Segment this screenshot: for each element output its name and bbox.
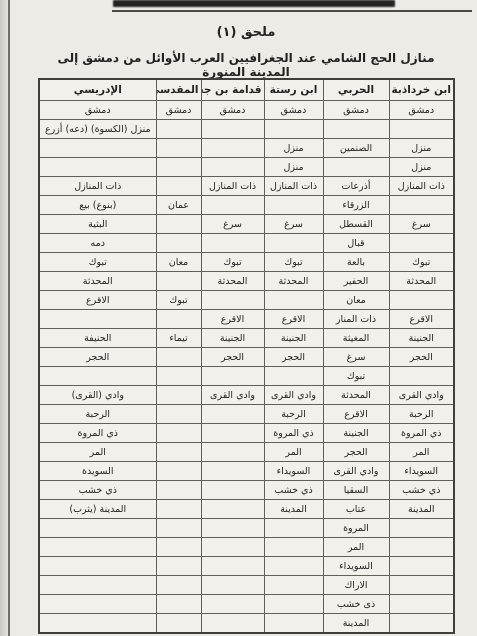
station-cell bbox=[201, 291, 264, 310]
station-cell: ذي المروة bbox=[264, 424, 323, 443]
station-cell: أذرعات bbox=[323, 177, 389, 196]
table-row: قبالدمه bbox=[39, 234, 454, 253]
station-cell: المحدثة bbox=[264, 272, 323, 291]
station-cell: المغيثة bbox=[323, 329, 389, 348]
table-row: الرحبةالاقرعالرحبةالرحبة bbox=[39, 405, 454, 424]
station-cell bbox=[264, 614, 323, 634]
station-cell: السويداء bbox=[389, 462, 454, 481]
station-cell: الجنينة bbox=[389, 329, 454, 348]
station-cell bbox=[201, 139, 264, 158]
station-cell: ذات المنازل bbox=[39, 177, 156, 196]
station-cell bbox=[39, 519, 156, 538]
table-row: الاقرعذات المنارالاقرعالاقرع bbox=[39, 310, 454, 329]
station-cell: (بنوع) بيع bbox=[39, 196, 156, 215]
cropped-running-header bbox=[113, 0, 395, 7]
station-cell: منزل bbox=[264, 139, 323, 158]
station-cell: دمشق bbox=[389, 101, 454, 120]
station-cell: سرغ bbox=[201, 215, 264, 234]
station-cell: المحدثة bbox=[323, 386, 389, 405]
station-cell bbox=[156, 177, 201, 196]
table-row: منزل (الكسوة) (دعه) أزرع bbox=[39, 120, 454, 139]
station-cell: تبوك bbox=[323, 367, 389, 386]
table-row: تبوك bbox=[39, 367, 454, 386]
station-cell: المر bbox=[264, 443, 323, 462]
station-cell: تبوك bbox=[264, 253, 323, 272]
station-cell: سرغ bbox=[264, 215, 323, 234]
station-cell bbox=[201, 443, 264, 462]
station-cell bbox=[201, 500, 264, 519]
station-cell bbox=[156, 557, 201, 576]
station-cell: دمشق bbox=[264, 101, 323, 120]
station-cell: الصنمين bbox=[323, 139, 389, 158]
station-cell: الاقرع bbox=[201, 310, 264, 329]
station-cell: ذات المنازل bbox=[264, 177, 323, 196]
station-cell: عمان bbox=[156, 196, 201, 215]
station-cell: الجنينة bbox=[264, 329, 323, 348]
station-cell: وادي (القرى) bbox=[39, 386, 156, 405]
station-cell bbox=[264, 595, 323, 614]
station-cell bbox=[156, 386, 201, 405]
table-row: المدينة bbox=[39, 614, 454, 634]
station-cell: ذى خشب bbox=[323, 595, 389, 614]
station-cell bbox=[156, 462, 201, 481]
station-cell: وادي القرى bbox=[264, 386, 323, 405]
station-cell: دمشق bbox=[39, 101, 156, 120]
station-cell: معان bbox=[156, 253, 201, 272]
table-row: معانتبوكالاقرع bbox=[39, 291, 454, 310]
station-cell bbox=[156, 215, 201, 234]
station-cell: الرحبة bbox=[389, 405, 454, 424]
station-cell: الرحبة bbox=[264, 405, 323, 424]
station-cell: الاقرع bbox=[39, 291, 156, 310]
appendix-title: ملحق (١) bbox=[38, 25, 454, 40]
table-row: وادي القرىالمحدثةوادي القرىوادي القرىواد… bbox=[39, 386, 454, 405]
station-cell bbox=[156, 234, 201, 253]
station-cell: قبال bbox=[323, 234, 389, 253]
station-cell bbox=[264, 196, 323, 215]
station-cell bbox=[201, 196, 264, 215]
station-cell bbox=[156, 348, 201, 367]
station-cell: الاقرع bbox=[264, 310, 323, 329]
station-cell: المدينة bbox=[389, 500, 454, 519]
station-cell bbox=[156, 367, 201, 386]
station-cell: منزل bbox=[389, 139, 454, 158]
station-cell bbox=[389, 367, 454, 386]
station-cell bbox=[39, 557, 156, 576]
station-cell: منزل (الكسوة) (دعه) أزرع bbox=[39, 120, 156, 139]
station-cell: الجنينة bbox=[201, 329, 264, 348]
table-header-row: ابن خرداذبةالحربيابن رستةقدامة بن جعفرال… bbox=[39, 79, 454, 101]
station-cell bbox=[201, 234, 264, 253]
station-cell bbox=[389, 291, 454, 310]
station-cell bbox=[39, 367, 156, 386]
station-cell bbox=[156, 481, 201, 500]
column-header: ابن خرداذبة bbox=[389, 79, 454, 101]
station-cell bbox=[39, 614, 156, 634]
station-cell: منزل bbox=[389, 158, 454, 177]
station-cell bbox=[389, 196, 454, 215]
table-row: الجنينةالمغيثةالجنينةالجنينةتيماءالحنيفة bbox=[39, 329, 454, 348]
station-cell bbox=[389, 519, 454, 538]
station-cell: المر bbox=[323, 538, 389, 557]
station-cell bbox=[201, 424, 264, 443]
station-cell bbox=[156, 158, 201, 177]
station-cell: دمشق bbox=[201, 101, 264, 120]
table-row: المروة bbox=[39, 519, 454, 538]
station-cell: وادي القرى bbox=[323, 462, 389, 481]
station-cell bbox=[156, 614, 201, 634]
station-cell: المحدثة bbox=[201, 272, 264, 291]
station-cell bbox=[201, 405, 264, 424]
station-cell: تبوك bbox=[39, 253, 156, 272]
station-cell bbox=[156, 595, 201, 614]
column-header: ابن رستة bbox=[264, 79, 323, 101]
station-cell: وادي القرى bbox=[389, 386, 454, 405]
station-cell: الرحبة bbox=[39, 405, 156, 424]
station-cell: المر bbox=[389, 443, 454, 462]
table-row: دمشقدمشقدمشقدمشقدمشقدمشق bbox=[39, 101, 454, 120]
station-cell bbox=[264, 538, 323, 557]
scanned-page: ملحق (١) منازل الحج الشامي عند الجغرافيي… bbox=[0, 0, 477, 636]
station-cell: الحجر bbox=[264, 348, 323, 367]
station-cell bbox=[201, 614, 264, 634]
station-cell bbox=[323, 158, 389, 177]
station-cell: الحجر bbox=[201, 348, 264, 367]
column-header: قدامة بن جعفر bbox=[201, 79, 264, 101]
station-cell bbox=[389, 120, 454, 139]
station-cell: وادي القرى bbox=[201, 386, 264, 405]
station-cell: معان bbox=[323, 291, 389, 310]
station-cell: المحدثة bbox=[39, 272, 156, 291]
table-row: السويداءوادي القرىالسويداءالسويدة bbox=[39, 462, 454, 481]
station-cell bbox=[156, 310, 201, 329]
station-cell: دمه bbox=[39, 234, 156, 253]
station-cell: الحنيفة bbox=[39, 329, 156, 348]
station-cell: ذي خشب bbox=[389, 481, 454, 500]
station-cell bbox=[264, 291, 323, 310]
station-cell bbox=[264, 576, 323, 595]
station-cell: الحجر bbox=[39, 348, 156, 367]
column-header: الحربي bbox=[323, 79, 389, 101]
station-cell bbox=[201, 120, 264, 139]
column-header: المقدسي bbox=[156, 79, 201, 101]
station-cell: الاقرع bbox=[389, 310, 454, 329]
station-cell bbox=[389, 557, 454, 576]
table-row: المر bbox=[39, 538, 454, 557]
station-cell bbox=[389, 595, 454, 614]
table-row: الزرقاءعمان(بنوع) بيع bbox=[39, 196, 454, 215]
station-cell: تيماء bbox=[156, 329, 201, 348]
station-cell: الحفير bbox=[323, 272, 389, 291]
station-cell: ذي المروة bbox=[39, 424, 156, 443]
station-cell: منزل bbox=[264, 158, 323, 177]
hajj-stations-table: ابن خرداذبةالحربيابن رستةقدامة بن جعفرال… bbox=[38, 78, 455, 634]
station-cell: عتاب bbox=[323, 500, 389, 519]
station-cell bbox=[156, 139, 201, 158]
page-left-edge bbox=[0, 0, 8, 636]
station-cell: تبوك bbox=[156, 291, 201, 310]
station-cell: المدينة bbox=[264, 500, 323, 519]
station-cell bbox=[156, 538, 201, 557]
station-cell: سرغ bbox=[323, 348, 389, 367]
station-cell bbox=[201, 462, 264, 481]
table-caption: منازل الحج الشامي عند الجغرافيين العرب ا… bbox=[38, 51, 454, 79]
station-cell bbox=[39, 310, 156, 329]
table-row: المحدثةالحفيرالمحدثةالمحدثةالمحدثة bbox=[39, 272, 454, 291]
table-row: منزلمنزل bbox=[39, 158, 454, 177]
station-cell: ذي المروة bbox=[389, 424, 454, 443]
table-row: ذى خشب bbox=[39, 595, 454, 614]
station-cell: الزرقاء bbox=[323, 196, 389, 215]
station-cell: المدينة bbox=[323, 614, 389, 634]
station-cell bbox=[156, 519, 201, 538]
station-cell: المر bbox=[39, 443, 156, 462]
station-cell bbox=[201, 481, 264, 500]
column-header: الإدريسي bbox=[39, 79, 156, 101]
table-row: سرغالقسطلسرغسرغالبثية bbox=[39, 215, 454, 234]
station-cell bbox=[389, 614, 454, 634]
station-cell bbox=[201, 367, 264, 386]
station-cell: السقيا bbox=[323, 481, 389, 500]
station-cell bbox=[201, 158, 264, 177]
station-cell: ذي خشب bbox=[264, 481, 323, 500]
station-cell: القسطل bbox=[323, 215, 389, 234]
station-cell bbox=[264, 519, 323, 538]
station-cell bbox=[201, 538, 264, 557]
station-cell bbox=[201, 595, 264, 614]
station-cell bbox=[156, 272, 201, 291]
table-row: منزلالصنمينمنزل bbox=[39, 139, 454, 158]
station-cell bbox=[156, 576, 201, 595]
station-cell bbox=[323, 120, 389, 139]
station-cell: دمشق bbox=[323, 101, 389, 120]
table-row: الاراك bbox=[39, 576, 454, 595]
station-cell bbox=[156, 405, 201, 424]
station-cell bbox=[39, 595, 156, 614]
station-cell: المحدثة bbox=[389, 272, 454, 291]
station-cell bbox=[264, 234, 323, 253]
station-cell: دمشق bbox=[156, 101, 201, 120]
page-spine-line bbox=[8, 0, 10, 636]
table-row: السويداء bbox=[39, 557, 454, 576]
station-cell: السويداء bbox=[323, 557, 389, 576]
station-cell bbox=[39, 158, 156, 177]
station-cell bbox=[201, 557, 264, 576]
station-cell: الحجر bbox=[389, 348, 454, 367]
station-cell bbox=[156, 120, 201, 139]
station-cell bbox=[389, 234, 454, 253]
station-cell bbox=[156, 424, 201, 443]
table-row: تبوكبالعةتبوكتبوكمعانتبوك bbox=[39, 253, 454, 272]
station-cell: السويداء bbox=[264, 462, 323, 481]
station-cell: الحجر bbox=[323, 443, 389, 462]
table-row: المدينةعتابالمدينةالمدينة (يثرب) bbox=[39, 500, 454, 519]
header-rule-divider bbox=[112, 10, 472, 12]
station-cell: المروة bbox=[323, 519, 389, 538]
station-cell bbox=[39, 139, 156, 158]
station-cell: ذات المنار bbox=[323, 310, 389, 329]
station-cell bbox=[156, 443, 201, 462]
table-row: الحجرسرغالحجرالحجرالحجر bbox=[39, 348, 454, 367]
table-row: المرالحجرالمرالمر bbox=[39, 443, 454, 462]
station-cell: المدينة (يثرب) bbox=[39, 500, 156, 519]
station-cell bbox=[156, 500, 201, 519]
station-cell bbox=[201, 576, 264, 595]
station-cell: السويدة bbox=[39, 462, 156, 481]
station-cell: ذات المنازل bbox=[201, 177, 264, 196]
station-cell bbox=[201, 519, 264, 538]
station-cell: الجنينة bbox=[323, 424, 389, 443]
table-row: ذي المروةالجنينةذي المروةذي المروة bbox=[39, 424, 454, 443]
station-cell bbox=[264, 120, 323, 139]
table-body: دمشقدمشقدمشقدمشقدمشقدمشقمنزل (الكسوة) (د… bbox=[39, 101, 454, 634]
station-cell: تبوك bbox=[389, 253, 454, 272]
station-cell bbox=[39, 576, 156, 595]
station-cell: ذي خشب bbox=[39, 481, 156, 500]
station-cell bbox=[264, 557, 323, 576]
station-cell bbox=[389, 538, 454, 557]
station-cell bbox=[264, 367, 323, 386]
table-row: ذي خشبالسقياذي خشبذي خشب bbox=[39, 481, 454, 500]
station-cell: سرغ bbox=[389, 215, 454, 234]
station-cell: الاقرع bbox=[323, 405, 389, 424]
station-cell: البثية bbox=[39, 215, 156, 234]
station-cell: الاراك bbox=[323, 576, 389, 595]
station-cell: تبوك bbox=[201, 253, 264, 272]
table-row: ذات المنازلأذرعاتذات المنازلذات المنازلذ… bbox=[39, 177, 454, 196]
station-cell bbox=[39, 538, 156, 557]
station-cell: بالعة bbox=[323, 253, 389, 272]
station-cell: ذات المنازل bbox=[389, 177, 454, 196]
station-cell bbox=[389, 576, 454, 595]
